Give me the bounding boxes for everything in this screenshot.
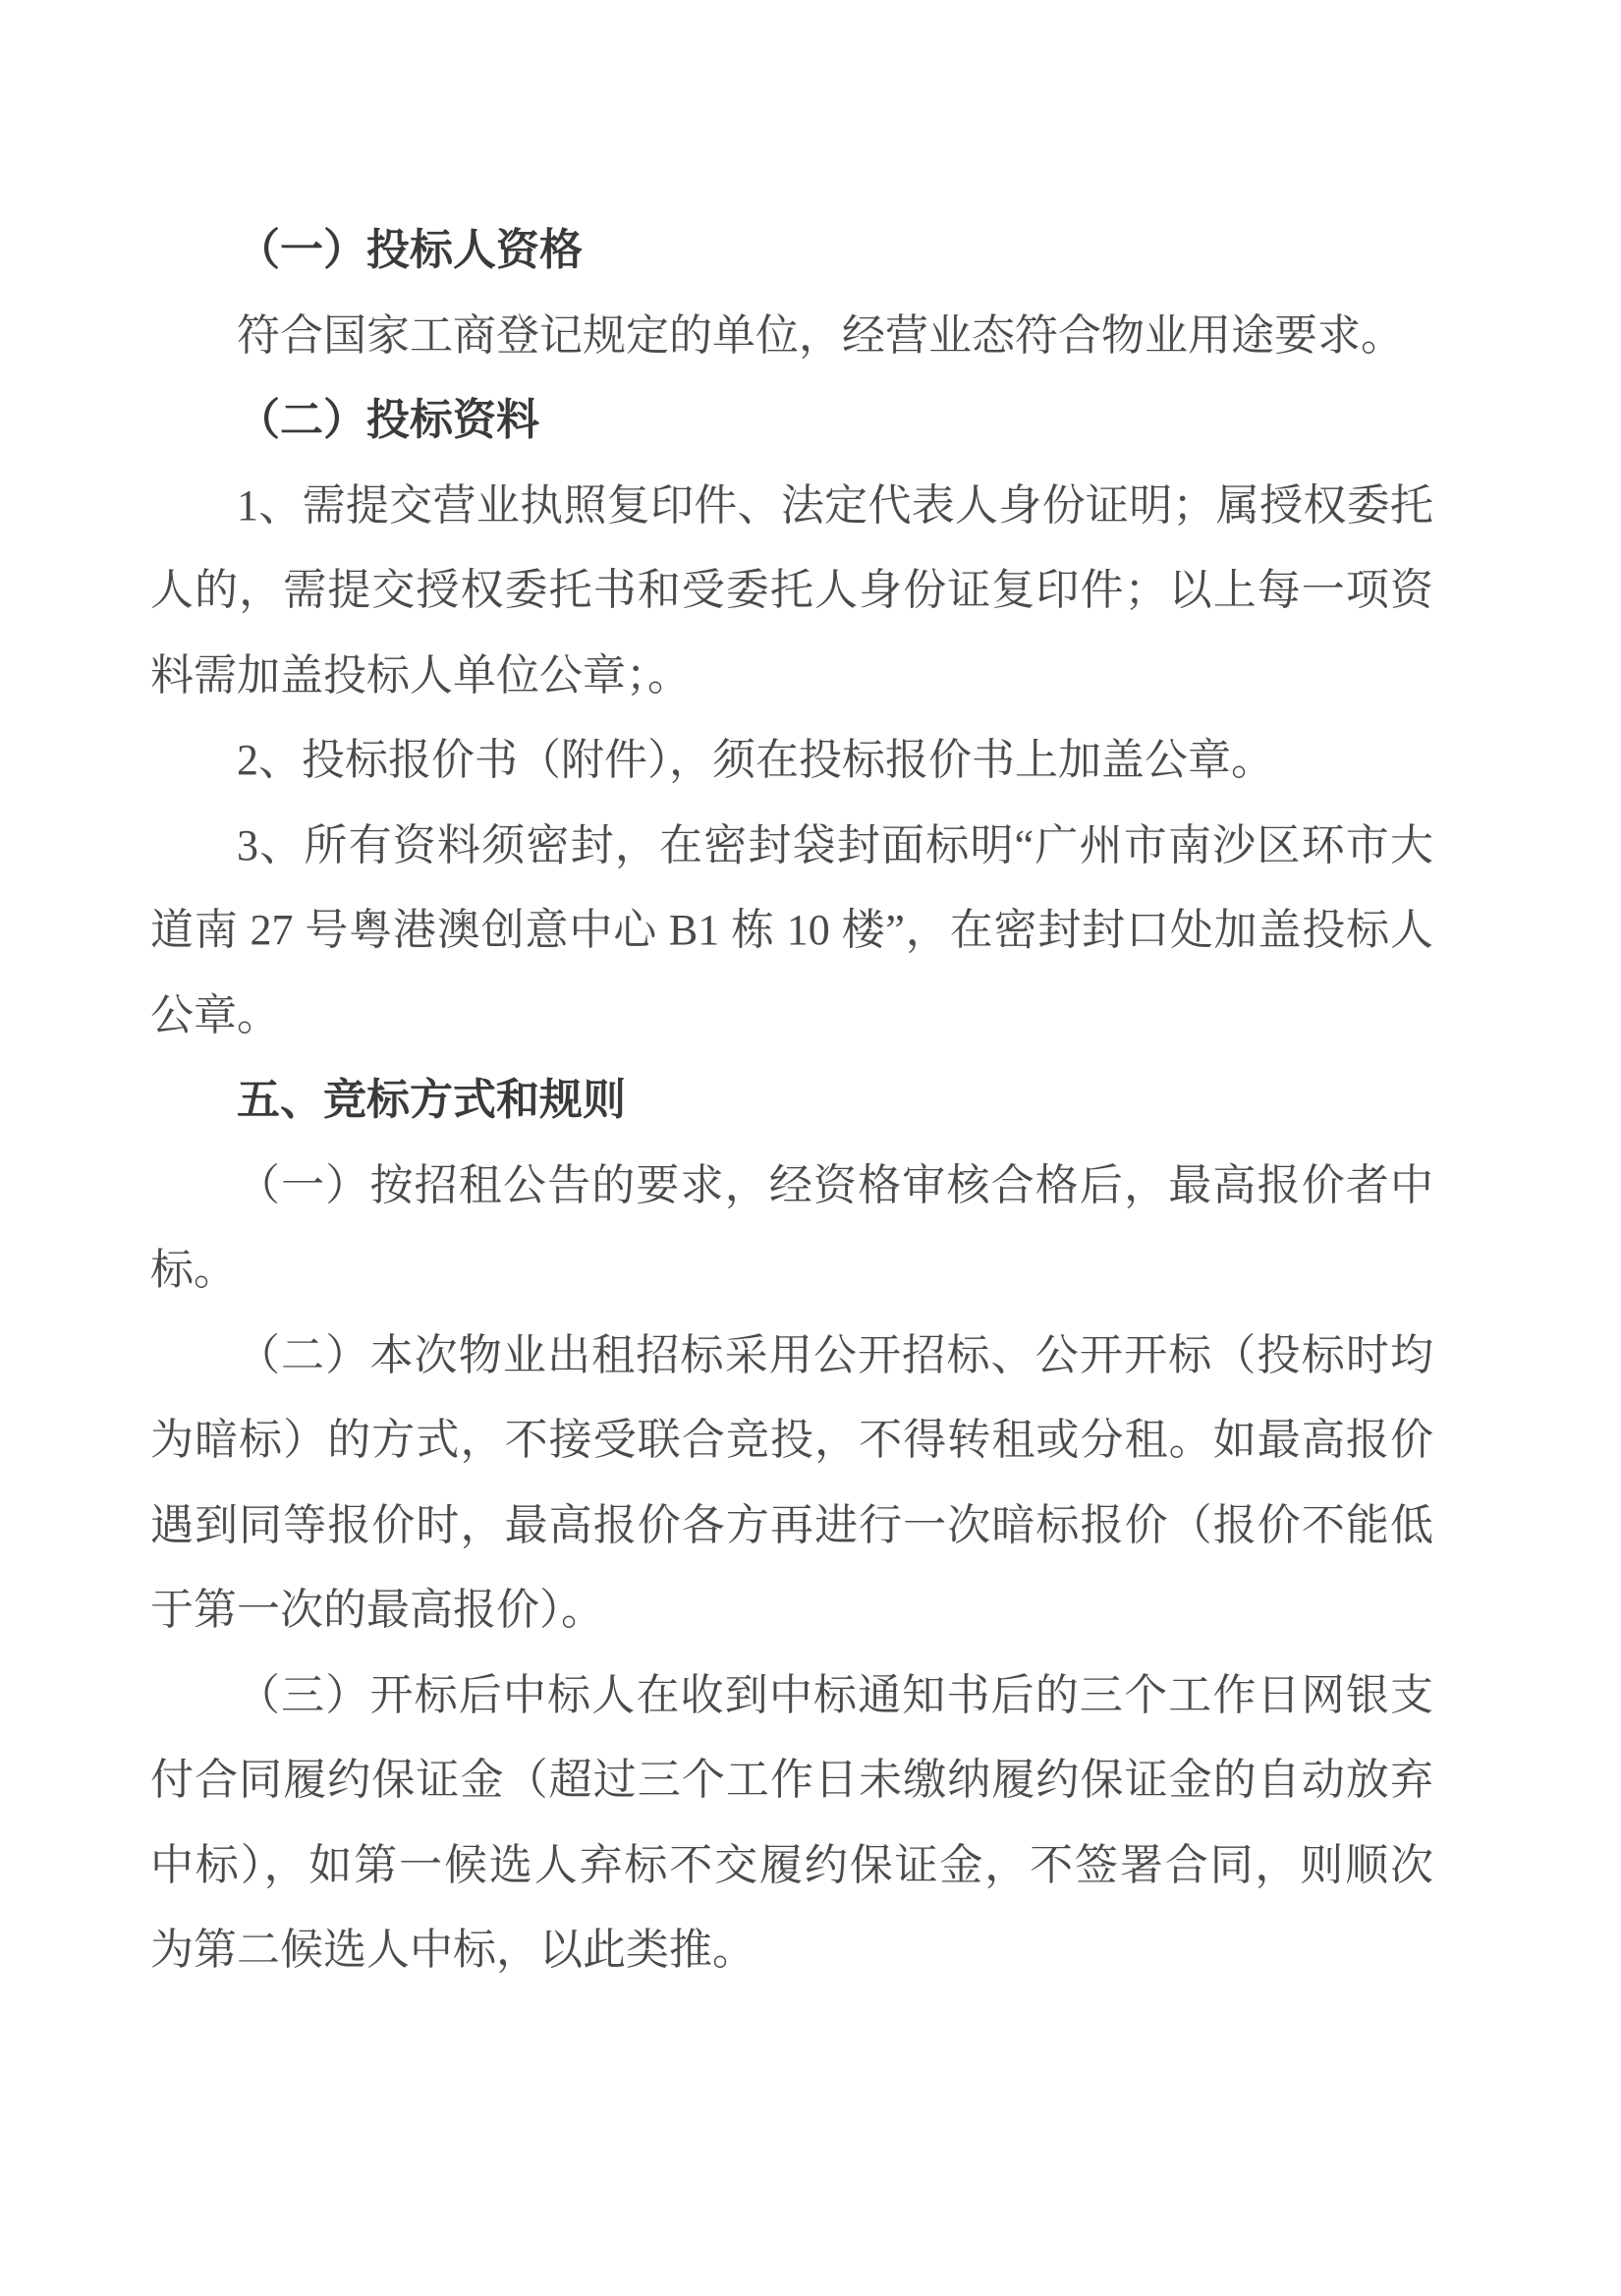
para-rule2-line3: 遇到同等报价时，最高报价各方再进行一次暗标报价（报价不能低 (150, 1484, 1433, 1569)
para-materials-item1-line1: 1、需提交营业执照复印件、法定代表人身份证明；属授权委托 (150, 464, 1433, 549)
para-rule2-line4: 于第一次的最高报价）。 (150, 1568, 1433, 1653)
section-heading-bidding-method-rules: 五、竞标方式和规则 (150, 1058, 1433, 1144)
document-text-block: （一）投标人资格 符合国家工商登记规定的单位，经营业态符合物业用途要求。 （二）… (150, 208, 1433, 1993)
para-rule2-line1: （二）本次物业出租招标采用公开招标、公开开标（投标时均 (150, 1314, 1433, 1399)
para-materials-item1-line2: 人的，需提交授权委托书和受委托人身份证复印件；以上每一项资 (150, 548, 1433, 634)
para-materials-item1-line3: 料需加盖投标人单位公章；。 (150, 634, 1433, 719)
para-qualification-requirement: 符合国家工商登记规定的单位，经营业态符合物业用途要求。 (150, 294, 1433, 379)
document-page: （一）投标人资格 符合国家工商登记规定的单位，经营业态符合物业用途要求。 （二）… (0, 0, 1621, 2296)
para-rule1-line2: 标。 (150, 1228, 1433, 1314)
section-heading-bid-materials: （二）投标资料 (150, 378, 1433, 464)
para-materials-item3-line3: 公章。 (150, 974, 1433, 1059)
para-rule3-line2: 付合同履约保证金（超过三个工作日未缴纳履约保证金的自动放弃 (150, 1738, 1433, 1823)
para-rule2-line2: 为暗标）的方式，不接受联合竞投，不得转租或分租。如最高报价 (150, 1398, 1433, 1484)
para-rule1-line1: （一）按招租公告的要求，经资格审核合格后，最高报价者中 (150, 1144, 1433, 1229)
section-heading-bidder-qualification: （一）投标人资格 (150, 208, 1433, 294)
para-rule3-line4: 为第二候选人中标，以此类推。 (150, 1908, 1433, 1993)
para-rule3-line1: （三）开标后中标人在收到中标通知书后的三个工作日网银支 (150, 1653, 1433, 1739)
para-materials-item2: 2、投标报价书（附件），须在投标报价书上加盖公章。 (150, 718, 1433, 804)
para-rule3-line3: 中标），如第一候选人弃标不交履约保证金，不签署合同，则顺次 (150, 1823, 1433, 1909)
para-materials-item3-line1: 3、所有资料须密封，在密封袋封面标明“广州市南沙区环市大 (150, 804, 1433, 889)
para-materials-item3-line2: 道南 27 号粤港澳创意中心 B1 栋 10 楼”，在密封封口处加盖投标人 (150, 888, 1433, 974)
